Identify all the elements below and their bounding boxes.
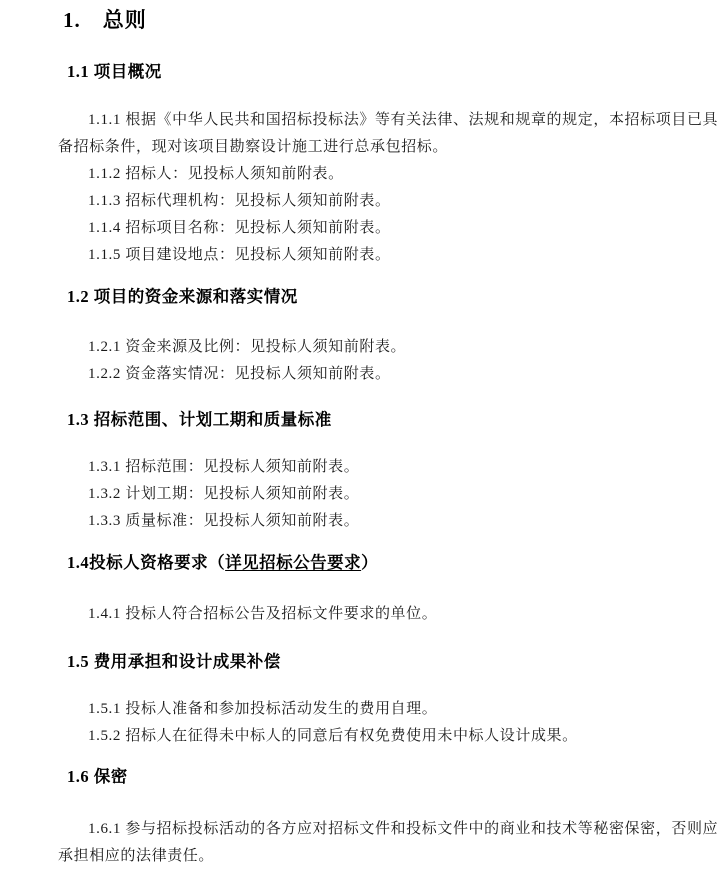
section-bidder-qualification: 1.4投标人资格要求（详见招标公告要求） 1.4.1 投标人符合招标公告及招标文… [0,551,725,628]
section-cost-and-compensation: 1.5 费用承担和设计成果补偿 1.5.1 投标人准备和参加投标活动发生的费用自… [0,650,725,750]
section-1-5-heading: 1.5 费用承担和设计成果补偿 [67,650,725,674]
section-1-4-heading: 1.4投标人资格要求（详见招标公告要求） [67,551,725,575]
clause-1-3-3: 1.3.3 质量标准：见投标人须知前附表。 [58,508,695,535]
clause-1-1-4: 1.1.4 招标项目名称：见投标人须知前附表。 [58,215,695,242]
clause-1-6-1: 1.6.1 参与招标投标活动的各方应对招标文件和投标文件中的商业和技术等秘密保密… [58,816,695,843]
section-confidentiality: 1.6 保密 1.6.1 参与招标投标活动的各方应对招标文件和投标文件中的商业和… [0,765,725,870]
section-1-3-body: 1.3.1 招标范围：见投标人须知前附表。 1.3.2 计划工期：见投标人须知前… [0,454,725,535]
clause-1-1-3: 1.1.3 招标代理机构：见投标人须知前附表。 [58,188,695,215]
clause-1-2-2: 1.2.2 资金落实情况：见投标人须知前附表。 [58,361,695,388]
page-title: 1. 总则 [63,5,725,35]
section-1-1-heading: 1.1 项目概况 [67,60,725,84]
section-1-4-heading-post: ） [361,553,378,572]
section-1-4-heading-underlined: 详见招标公告要求 [225,553,361,572]
section-1-2-heading: 1.2 项目的资金来源和落实情况 [67,285,725,309]
clause-1-1-2: 1.1.2 招标人：见投标人须知前附表。 [58,161,695,188]
clause-1-3-2: 1.3.2 计划工期：见投标人须知前附表。 [58,481,695,508]
section-1-2-body: 1.2.1 资金来源及比例：见投标人须知前附表。 1.2.2 资金落实情况：见投… [0,334,725,388]
clause-1-1-1-continued: 备招标条件，现对该项目勘察设计施工进行总承包招标。 [58,134,695,161]
clause-1-2-1: 1.2.1 资金来源及比例：见投标人须知前附表。 [58,334,695,361]
clause-1-1-5: 1.1.5 项目建设地点：见投标人须知前附表。 [58,242,695,269]
clause-1-5-1: 1.5.1 投标人准备和参加投标活动发生的费用自理。 [58,696,695,723]
section-1-6-heading: 1.6 保密 [67,765,725,789]
clause-1-1-1: 1.1.1 根据《中华人民共和国招标投标法》等有关法律、法规和规章的规定，本招标… [58,107,695,134]
clause-1-6-1-continued: 承担相应的法律责任。 [58,843,695,870]
section-1-3-heading: 1.3 招标范围、计划工期和质量标准 [67,408,725,432]
document-page: 1. 总则 1.1 项目概况 1.1.1 根据《中华人民共和国招标投标法》等有关… [0,0,725,885]
section-funding: 1.2 项目的资金来源和落实情况 1.2.1 资金来源及比例：见投标人须知前附表… [0,285,725,388]
section-scope-schedule-quality: 1.3 招标范围、计划工期和质量标准 1.3.1 招标范围：见投标人须知前附表。… [0,408,725,535]
section-1-4-body: 1.4.1 投标人符合招标公告及招标文件要求的单位。 [0,601,725,628]
section-1-5-body: 1.5.1 投标人准备和参加投标活动发生的费用自理。 1.5.2 招标人在征得未… [0,696,725,750]
section-1-6-body: 1.6.1 参与招标投标活动的各方应对招标文件和投标文件中的商业和技术等秘密保密… [0,816,725,870]
clause-1-4-1: 1.4.1 投标人符合招标公告及招标文件要求的单位。 [58,601,695,628]
clause-1-5-2: 1.5.2 招标人在征得未中标人的同意后有权免费使用未中标人设计成果。 [58,723,695,750]
section-general-overview: 1.1 项目概况 1.1.1 根据《中华人民共和国招标投标法》等有关法律、法规和… [0,60,725,269]
section-1-4-heading-pre: 1.4投标人资格要求（ [67,553,225,572]
section-1-1-body: 1.1.1 根据《中华人民共和国招标投标法》等有关法律、法规和规章的规定，本招标… [0,107,725,269]
clause-1-3-1: 1.3.1 招标范围：见投标人须知前附表。 [58,454,695,481]
